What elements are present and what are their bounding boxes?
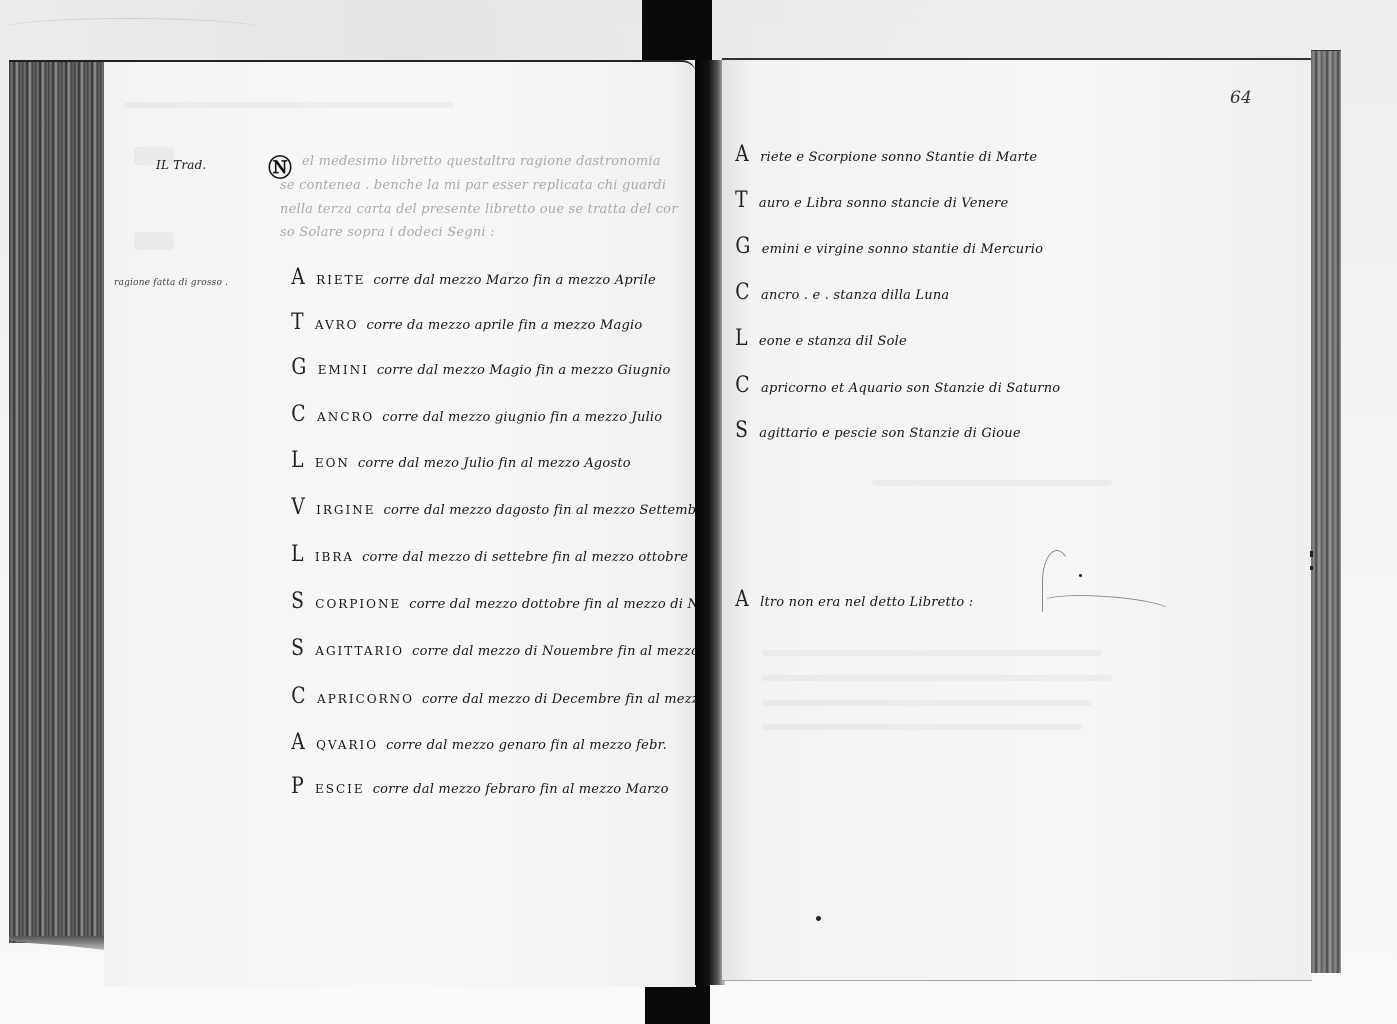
house-text: ancro . e . stanza dilla Luna <box>761 288 949 303</box>
house-initial: A <box>735 142 749 167</box>
house-text: eone e stanza dil Sole <box>759 334 907 349</box>
zodiac-initial: L <box>291 542 304 567</box>
house-text: auro e Libra sonno stancie di Venere <box>759 196 1009 211</box>
margin-note-side: ragione fatta di grosso . <box>114 278 228 288</box>
zodiac-period: corre da mezzo aprile fin a mezzo Magio <box>366 318 642 333</box>
house-text: emini e virgine sonno stantie di Mercuri… <box>762 242 1043 257</box>
edge-mark <box>1310 566 1313 570</box>
zodiac-sign-name: APRICORNO <box>317 692 414 706</box>
intro-line: so Solare sopra i dodeci Segni : <box>280 225 495 240</box>
zodiac-sign-name: IRGINE <box>316 503 375 517</box>
margin-note-top: IL Trad. <box>156 158 207 172</box>
right-page-edges <box>1311 50 1341 973</box>
planetary-house-entry: Ariete e Scorpione sonno Stantie di Mart… <box>734 142 1037 167</box>
zodiac-initial: P <box>291 774 304 799</box>
zodiac-entry: TAVROcorre da mezzo aprile fin a mezzo M… <box>290 310 642 335</box>
page-number: 64 <box>1230 88 1252 108</box>
zodiac-sign-name: IBRA <box>315 550 354 564</box>
house-initial: C <box>735 373 749 398</box>
zodiac-entry: ARIETEcorre dal mezzo Marzo fin a mezzo … <box>290 265 656 290</box>
planetary-house-entry: Sagittario e pescie son Stanzie di Gioue <box>734 418 1021 443</box>
right-page: 64 Ariete e Scorpione sonno Stantie di M… <box>722 58 1312 981</box>
zodiac-initial: T <box>291 310 304 335</box>
edge-mark <box>1310 551 1313 557</box>
zodiac-initial: S <box>291 589 304 614</box>
zodiac-sign-name: AGITTARIO <box>315 644 404 658</box>
intro-line: nella terza carta del presente libretto … <box>280 202 678 217</box>
planetary-house-entry: Leone e stanza dil Sole <box>734 326 907 351</box>
house-text: agittario e pescie son Stanzie di Gioue <box>759 426 1020 441</box>
zodiac-sign-name: ESCIE <box>315 782 365 796</box>
zodiac-sign-name: CORPIONE <box>315 597 401 611</box>
zodiac-initial: L <box>291 448 304 473</box>
zodiac-period: corre dal mezzo di settebre fin al mezzo… <box>362 550 688 565</box>
zodiac-entry: VIRGINEcorre dal mezzo dagosto fin al me… <box>290 495 711 520</box>
zodiac-entry: PESCIEcorre dal mezzo febraro fin al mez… <box>290 774 669 799</box>
zodiac-entry: CANCROcorre dal mezzo giugnio fin a mezz… <box>290 402 662 427</box>
left-page-edges <box>9 60 105 943</box>
bleed-through <box>124 102 454 108</box>
zodiac-initial: S <box>291 636 304 661</box>
zodiac-sign-name: AVRO <box>315 318 359 332</box>
zodiac-sign-name: ANCRO <box>317 410 374 424</box>
house-initial: S <box>735 418 748 443</box>
zodiac-period: corre dal mezzo Marzo fin a mezzo Aprile <box>373 273 655 288</box>
zodiac-initial: G <box>291 355 306 380</box>
bleed-through <box>134 232 174 250</box>
spine-gutter <box>695 60 725 985</box>
left-page: IL Trad. ragione fatta di grosso . Ⓝ el … <box>104 60 696 987</box>
spine-bottom <box>645 985 710 1024</box>
planetary-house-entry: Tauro e Libra sonno stancie di Venere <box>734 188 1008 213</box>
zodiac-period: corre dal mezzo febraro fin al mezzo Mar… <box>373 782 669 797</box>
closing-flourish <box>1042 550 1072 612</box>
house-initial: G <box>735 234 750 259</box>
zodiac-sign-name: RIETE <box>316 273 365 287</box>
planetary-house-entry: Capricorno et Aquario son Stanzie di Sat… <box>734 373 1060 398</box>
intro-line: el medesimo libretto questaltra ragione … <box>302 154 661 169</box>
bleed-through <box>762 724 1082 730</box>
zodiac-entry: AQVARIOcorre dal mezzo genaro fin al mez… <box>290 730 667 755</box>
planetary-house-entry: Gemini e virgine sonno stantie di Mercur… <box>734 234 1043 259</box>
planetary-house-entry: Cancro . e . stanza dilla Luna <box>734 280 949 305</box>
ink-dot <box>1079 574 1082 577</box>
zodiac-period: corre dal mezzo Magio fin a mezzo Giugni… <box>377 363 671 378</box>
intro-line: se contenea . benche la mi par esser rep… <box>280 178 666 193</box>
house-text: apricorno et Aquario son Stanzie di Satu… <box>761 381 1060 396</box>
zodiac-initial: C <box>291 684 305 709</box>
zodiac-entry: GEMINIcorre dal mezzo Magio fin a mezzo … <box>290 355 671 380</box>
zodiac-sign-name: EMINI <box>318 363 369 377</box>
zodiac-period: corre dal mezzo genaro fin al mezzo febr… <box>386 738 667 753</box>
bleed-through <box>762 700 1092 706</box>
zodiac-period: corre dal mezzo giugnio fin a mezzo Juli… <box>382 410 662 425</box>
house-initial: C <box>735 280 749 305</box>
zodiac-initial: C <box>291 402 305 427</box>
bleed-through <box>872 480 1112 486</box>
zodiac-entry: LIBRAcorre dal mezzo di settebre fin al … <box>290 542 688 567</box>
house-initial: L <box>735 326 748 351</box>
bleed-through <box>762 650 1102 656</box>
zodiac-initial: A <box>291 730 305 755</box>
spine-top <box>642 0 712 60</box>
zodiac-sign-name: QVARIO <box>316 738 378 752</box>
closing-initial: A <box>735 587 749 612</box>
paper-crease <box>0 18 260 39</box>
zodiac-initial: A <box>291 265 305 290</box>
zodiac-entry: SCORPIONEcorre dal mezzo dottobre fin al… <box>290 589 759 614</box>
ink-blot <box>816 916 821 921</box>
house-text: riete e Scorpione sonno Stantie di Marte <box>760 150 1037 165</box>
house-initial: T <box>735 188 748 213</box>
zodiac-period: corre dal mezo Julio fin al mezzo Agosto <box>358 456 631 471</box>
bleed-through <box>762 675 1112 681</box>
zodiac-period: corre dal mezzo dagosto fin al mezzo Set… <box>383 503 710 518</box>
zodiac-sign-name: EON <box>315 456 350 470</box>
zodiac-entry: LEONcorre dal mezo Julio fin al mezzo Ag… <box>290 448 631 473</box>
closing-text: ltro non era nel detto Libretto : <box>760 595 973 610</box>
zodiac-initial: V <box>291 495 305 520</box>
